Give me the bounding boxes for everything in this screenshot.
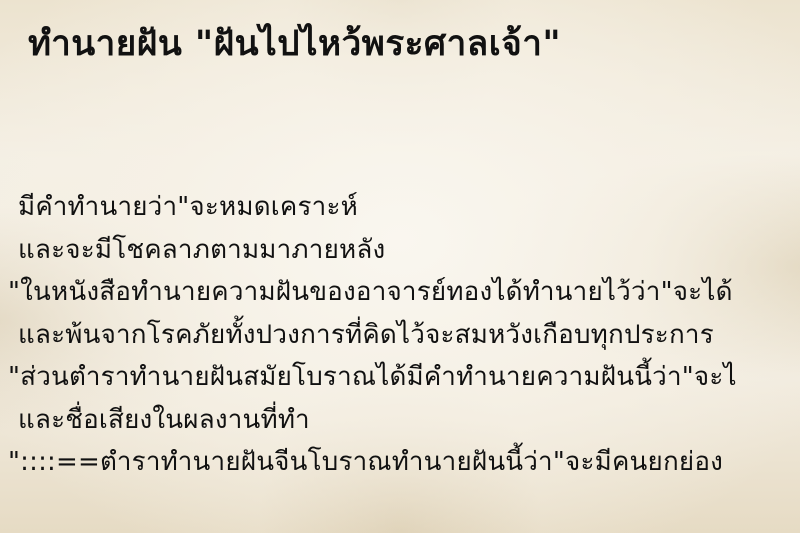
- interpretation-line-7: "::::==ตำราทำนายฝันจีนโบราณทำนายฝันนี้ว่…: [0, 441, 800, 484]
- interpretation-line-5: "ส่วนตำราทำนายฝันสมัยโบราณได้มีคำทำนายคว…: [0, 356, 800, 399]
- page-title: ทำนายฝัน "ฝันไปไหว้พระศาลเจ้า": [28, 14, 561, 74]
- interpretation-line-6: และชื่อเสียงในผลงานที่ทำ: [0, 399, 800, 442]
- interpretation-line-1: มีคำทำนายว่า"จะหมดเคราะห์: [0, 186, 800, 229]
- dream-interpretation-page: ทำนายฝัน "ฝันไปไหว้พระศาลเจ้า" มีคำทำนาย…: [0, 0, 800, 533]
- interpretation-line-2: และจะมีโชคลาภตามมาภายหลัง: [0, 229, 800, 272]
- interpretation-line-8-partial: และ...โชค...ทั้ง...: [0, 484, 800, 496]
- interpretation-body: มีคำทำนายว่า"จะหมดเคราะห์ และจะมีโชคลาภต…: [0, 186, 800, 496]
- interpretation-line-3: "ในหนังสือทำนายความฝันของอาจารย์ทองได้ทำ…: [0, 271, 800, 314]
- interpretation-line-4: และพ้นจากโรคภัยทั้งปวงการที่คิดไว้จะสมหว…: [0, 314, 800, 357]
